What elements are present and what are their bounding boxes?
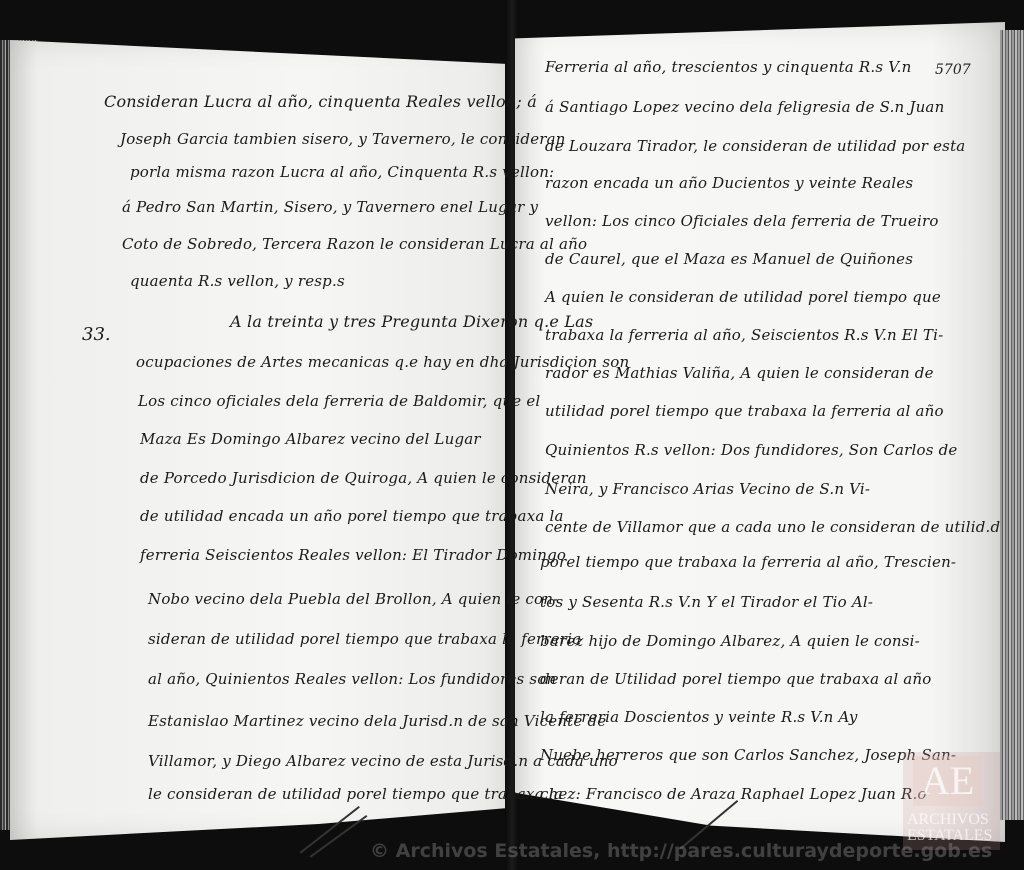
logo-caption-line: ESTATALES [907, 828, 992, 844]
manuscript-line: rador es Mathias Valiña, A quien le cons… [545, 364, 934, 382]
manuscript-line: trabaxa la ferreria al año, Seiscientos … [545, 326, 943, 344]
manuscript-line: á Santiago Lopez vecino dela feligresia … [545, 98, 944, 116]
manuscript-line: Joseph Garcia tambien sisero, y Taverner… [120, 130, 566, 148]
manuscript-line: quaenta R.s vellon, y resp.s [130, 272, 345, 290]
manuscript-line: Neira, y Francisco Arias Vecino de S.n V… [545, 480, 870, 498]
manuscript-line: chez: Francisco de Araza Raphael Lopez J… [540, 785, 927, 803]
right-page-edge-stack [1000, 30, 1024, 820]
manuscript-line: A la treinta y tres Pregunta Dixeron q.e… [230, 312, 593, 331]
manuscript-line: razon encada un año Ducientos y veinte R… [545, 174, 913, 192]
manuscript-line: vellon: Los cinco Oficiales dela ferreri… [545, 212, 939, 230]
manuscript-line: tos y Sesenta R.s V.n Y el Tirador el Ti… [540, 593, 873, 611]
manuscript-line: Maza Es Domingo Albarez vecino del Lugar [140, 430, 481, 448]
manuscript-line: ferreria Seiscientos Reales vellon: El T… [140, 546, 566, 564]
manuscript-line: deran de Utilidad porel tiempo que traba… [540, 670, 932, 688]
manuscript-line: barez hijo de Domingo Albarez, A quien l… [540, 632, 920, 650]
manuscript-line: de utilidad encada un año porel tiempo q… [140, 507, 564, 525]
margin-item-number: 33. [82, 324, 111, 345]
manuscript-line: le consideran de utilidad porel tiempo q… [148, 785, 563, 803]
manuscript-line: sideran de utilidad porel tiempo que tra… [148, 630, 581, 648]
manuscript-line: de Louzara Tirador, le consideran de uti… [545, 137, 965, 155]
manuscript-line: al año, Quinientos Reales vellon: Los fu… [148, 670, 556, 688]
manuscript-line: Quinientos R.s vellon: Dos fundidores, S… [545, 441, 957, 459]
logo-caption-line: ARCHIVOS [907, 812, 992, 828]
archive-logo-letters: AE [913, 756, 982, 806]
manuscript-line: Los cinco oficiales dela ferreria de Bal… [138, 392, 540, 410]
folio-number: 5707 [935, 62, 971, 78]
manuscript-line: la ferreria Doscientos y veinte R.s V.n … [540, 708, 858, 726]
copyright-watermark: © Archivos Estatales, http://pares.cultu… [370, 840, 992, 862]
archive-logo: AE ARCHIVOS ESTATALES [903, 752, 1000, 850]
archive-logo-caption: ARCHIVOS ESTATALES [907, 812, 992, 844]
manuscript-line: Coto de Sobredo, Tercera Razon le consid… [122, 235, 587, 253]
manuscript-line: porel tiempo que trabaxa la ferreria al … [540, 553, 956, 571]
manuscript-line: cente de Villamor que a cada uno le cons… [545, 518, 1000, 536]
manuscript-line: de Porcedo Jurisdicion de Quiroga, A qui… [140, 469, 587, 487]
manuscript-line: Nuebe herreros que son Carlos Sanchez, J… [540, 746, 956, 764]
manuscript-line: porla misma razon Lucra al año, Cinquent… [130, 163, 554, 181]
manuscript-line: á Pedro San Martin, Sisero, y Tavernero … [122, 198, 538, 216]
manuscript-line: de Caurel, que el Maza es Manuel de Quiñ… [545, 250, 913, 268]
manuscript-line: Ferreria al año, trescientos y cinquenta… [545, 58, 911, 76]
manuscript-line: Consideran Lucra al año, cinquenta Reale… [104, 92, 537, 111]
scanned-manuscript-viewer: 33. Consideran Lucra al año, cinquenta R… [0, 0, 1024, 870]
manuscript-line: Estanislao Martinez vecino dela Jurisd.n… [148, 712, 606, 730]
manuscript-line: A quien le consideran de utilidad porel … [545, 288, 941, 306]
manuscript-line: Nobo vecino dela Puebla del Brollon, A q… [148, 590, 558, 608]
manuscript-line: utilidad porel tiempo que trabaxa la fer… [545, 402, 944, 420]
